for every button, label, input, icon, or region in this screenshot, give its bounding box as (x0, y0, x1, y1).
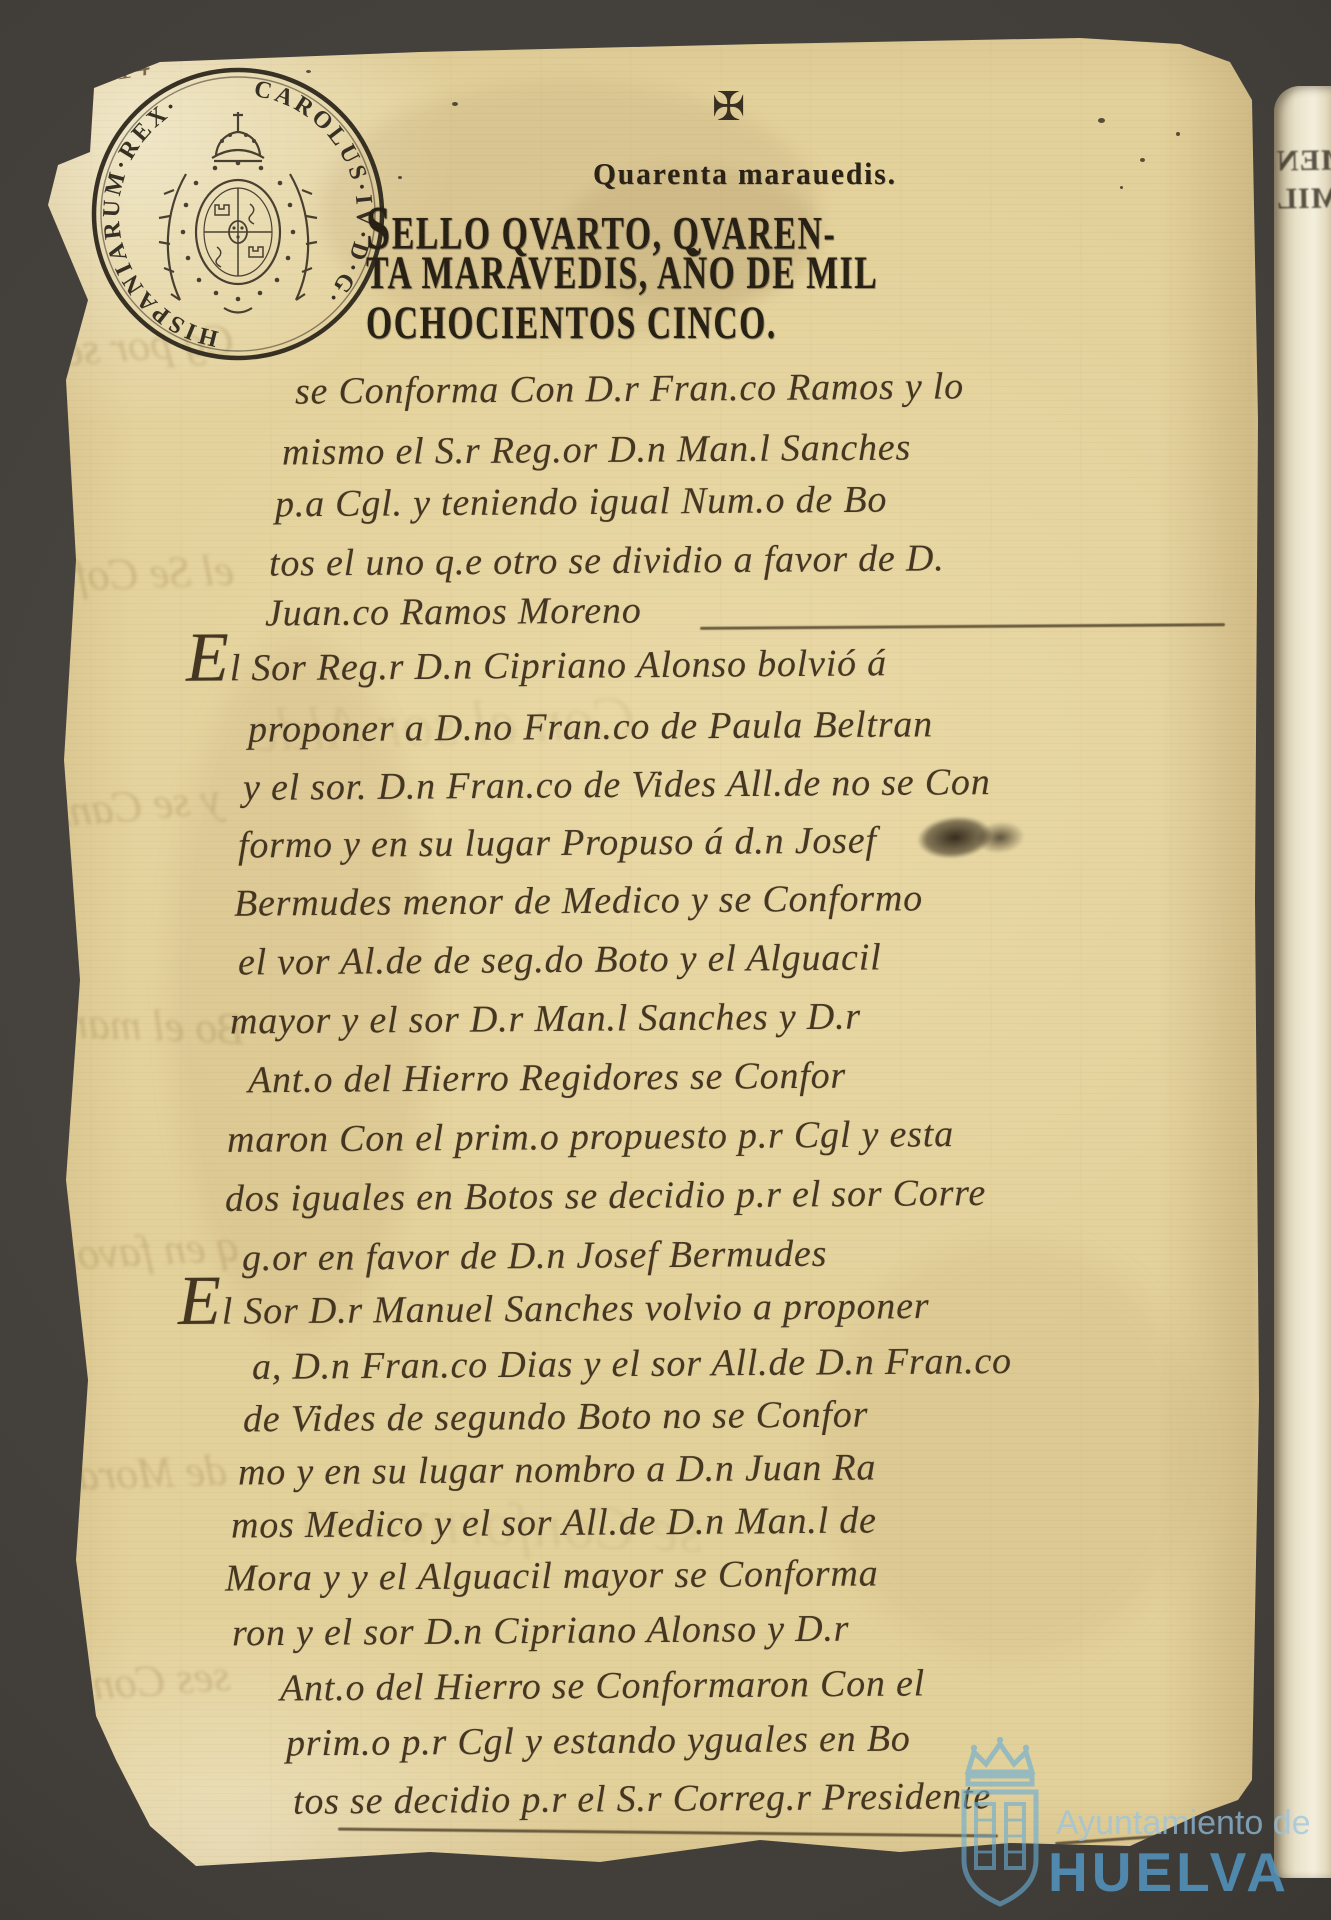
ink-show-through: de Mora el (33, 1445, 228, 1503)
manuscript-line: Mora y y el Alguacil mayor se Conforma (225, 1550, 879, 1603)
manuscript-line: proponer a D.no Fran.co de Paula Beltran (248, 701, 933, 754)
adjacent-page-edge: MEN MIL (1274, 86, 1331, 1878)
seal-legend-left: HISPANIARUM·REX· (99, 92, 221, 351)
ink-speck (452, 102, 458, 106)
ink-show-through: ses Conf (78, 1650, 232, 1711)
maltese-cross-ornament: ✠ (712, 84, 746, 130)
ink-speck (398, 176, 402, 179)
ink-show-through: Bo el mano (43, 997, 245, 1055)
show-through-print: MIL (1276, 181, 1331, 216)
manuscript-line: Ant.o del Hierro se Conformaron Con el (280, 1660, 925, 1713)
manuscript-line: tos se decidio p.r el S.r Correg.r Presi… (293, 1773, 991, 1826)
scanned-document: MEN MIL Cg por ses el Se Cofor y se Canz… (0, 0, 1331, 1920)
royal-seal: HISPANIARUM·REX· CAROLUS·IV·D·G· (84, 60, 392, 368)
manuscript-line: ron y el sor D.n Cipriano Alonso y D.r (232, 1606, 850, 1658)
manuscript-line: mismo el S.r Reg.or D.n Man.l Sanches (282, 425, 911, 477)
ink-show-through: el Se Cofor (35, 545, 235, 603)
manuscript-line: maron Con el prim.o propuesto p.r Cgl y … (227, 1111, 954, 1164)
flourish-rule (700, 623, 1225, 630)
manuscript-line: Juan.co Ramos Moreno (265, 588, 642, 638)
seal-legend-right: CAROLUS·IV·D·G· (252, 76, 378, 311)
manuscript-line: de Vides de segundo Boto no se Confor (243, 1392, 869, 1444)
ink-speck (1140, 158, 1145, 162)
manuscript-line: El Sor D.r Manuel Sanches volvio a propo… (178, 1283, 930, 1336)
ink-speck (1098, 118, 1105, 123)
manuscript-line: el vor Al.de de seg.do Boto y el Alguaci… (238, 934, 882, 987)
watermark-text: HUELVA (1048, 1840, 1290, 1904)
ink-speck (306, 70, 311, 73)
manuscript-line: mos Medico y el sor All.de D.n Man.l de (231, 1497, 877, 1550)
manuscript-line: a, D.n Fran.co Dias y el sor All.de D.n … (252, 1338, 1012, 1391)
show-through-print: MEN (1276, 143, 1331, 178)
manuscript-line: tos el uno q.e otro se dividio a favor d… (269, 535, 945, 588)
manuscript-line: se Conforma Con D.r Fran.co Ramos y lo (295, 363, 964, 416)
manuscript-line: mayor y el sor D.r Man.l Sanches y D.r (230, 994, 861, 1046)
document-page: Cg por ses el Se Cofor y se Canz Bo el m… (0, 0, 1331, 1920)
ink-blot (907, 800, 1031, 872)
manuscript-line: El Sor Reg.r D.n Cipriano Alonso bolvió … (186, 640, 887, 693)
coat-of-arms (159, 112, 317, 313)
ink-show-through: y se Canz (50, 773, 222, 839)
manuscript-line: y el sor. D.n Fran.co de Vides All.de no… (243, 759, 991, 812)
sello-title-line: OCHOCIENTOS CINCO. (366, 300, 777, 347)
manuscript-line: formo y en su lugar Propuso á d.n Josef (238, 817, 877, 870)
manuscript-line: Ant.o del Hierro Regidores se Confor (248, 1053, 846, 1105)
tax-value-line: Quarenta marauedis. (593, 156, 897, 192)
flourish-rule (338, 1828, 998, 1838)
manuscript-line: Bermudes menor de Medico y se Conformo (234, 875, 923, 928)
manuscript-line: dos iguales en Botos se decidio p.r el s… (225, 1170, 986, 1223)
sello-title-line: TA MARAVEDIS, AÑO DE MIL (366, 250, 878, 297)
manuscript-line: g.or en favor de D.n Josef Bermudes (242, 1231, 828, 1283)
ink-speck (1176, 132, 1180, 136)
ink-speck (1120, 186, 1123, 189)
manuscript-line: prim.o p.r Cgl y estando yguales en Bo (286, 1716, 911, 1768)
manuscript-line: p.a Cgl. y teniendo igual Num.o de Bo (275, 477, 888, 529)
flourish-rule (1055, 1830, 1230, 1845)
manuscript-line: mo y en su lugar nombro a D.n Juan Ra (238, 1444, 877, 1497)
